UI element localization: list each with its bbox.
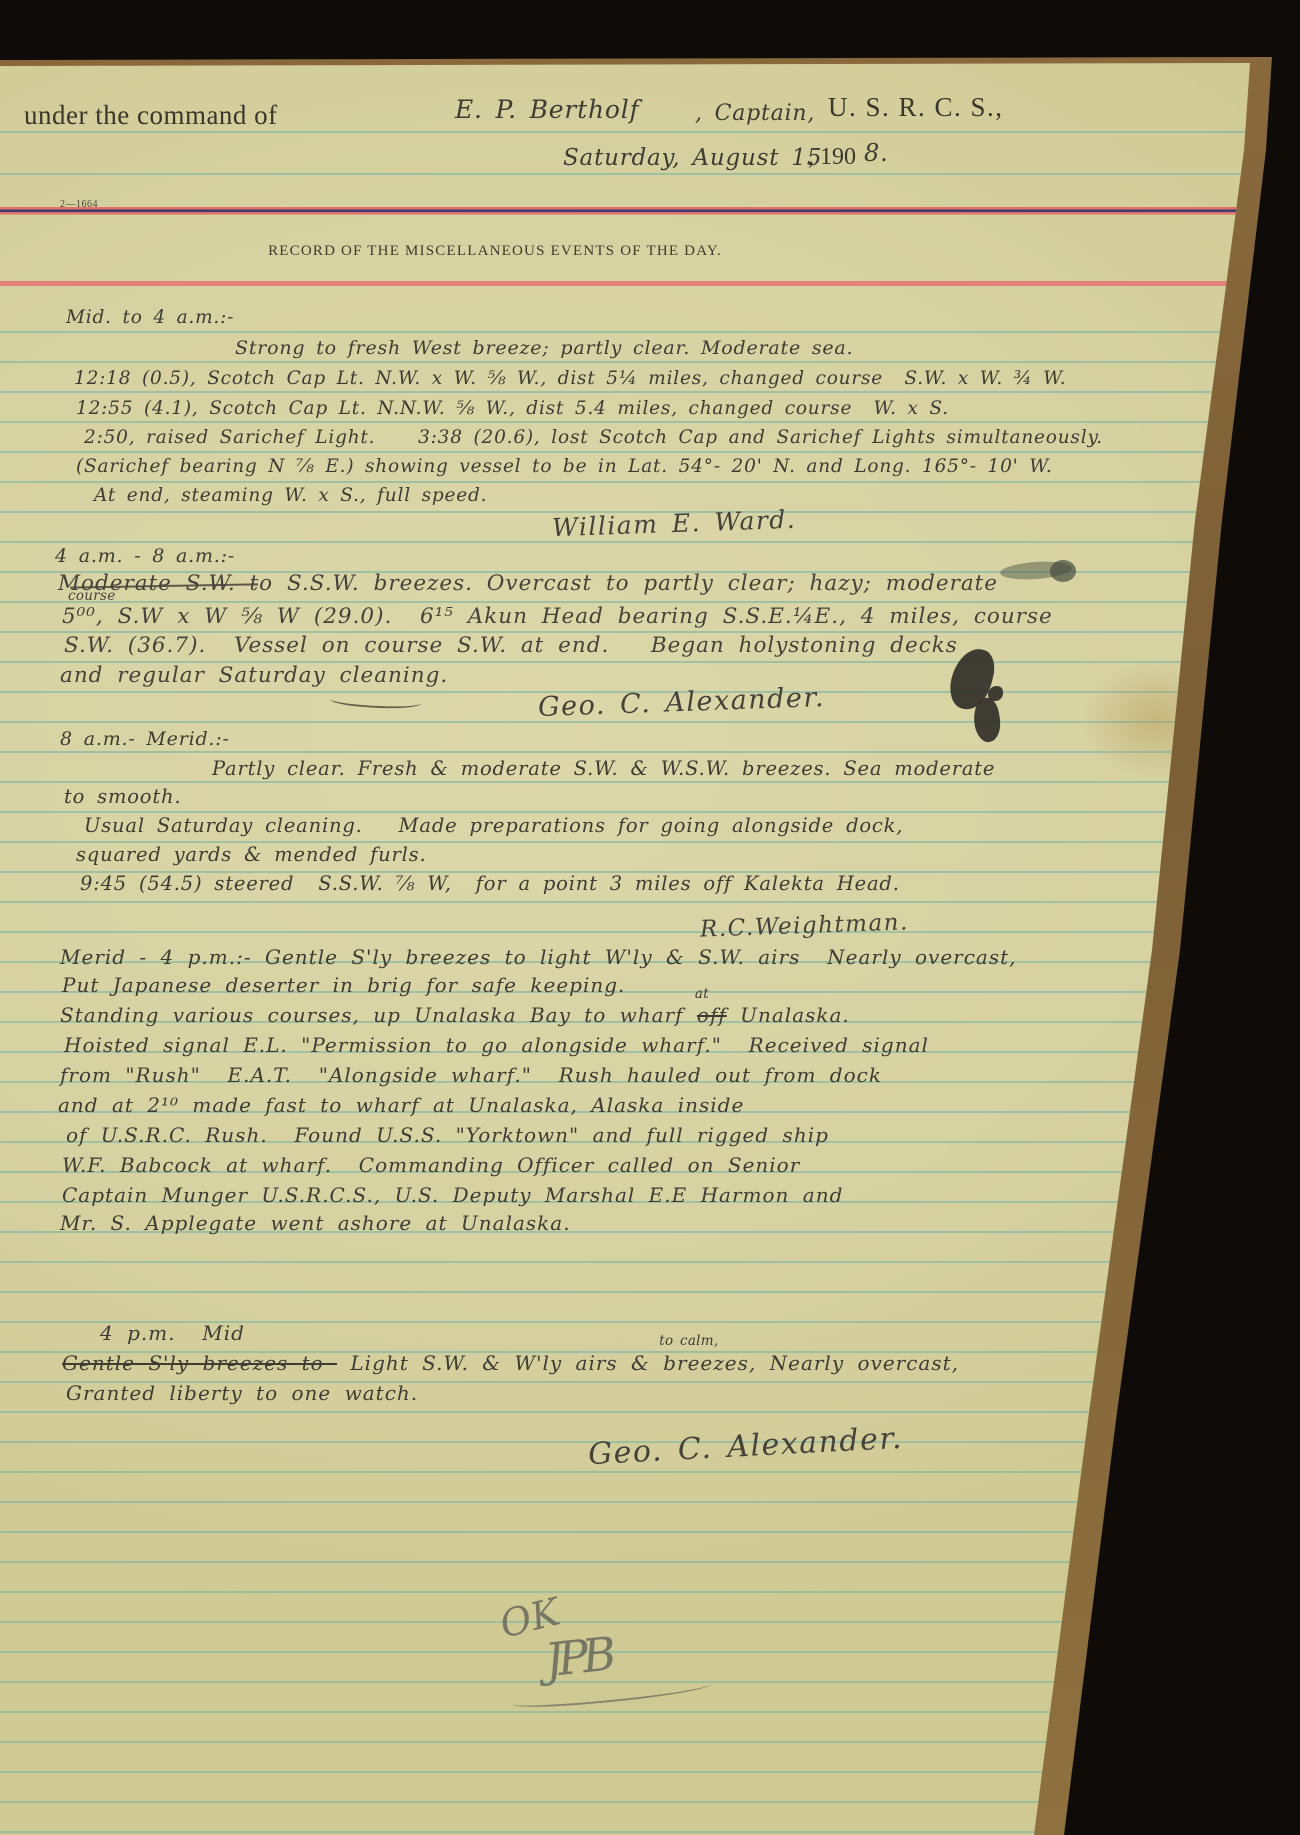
log-line: to smooth. <box>64 786 181 807</box>
log-line: 9:45 (54.5) steered S.S.W. ⅞ W, for a po… <box>80 873 900 894</box>
inserted-word: to calm, <box>659 1334 718 1349</box>
log-line: Captain Munger U.S.R.C.S., U.S. Deputy M… <box>62 1184 843 1206</box>
page-title: RECORD OF THE MISCELLANEOUS EVENTS OF TH… <box>30 243 960 260</box>
log-line: (Sarichef bearing N ⅞ E.) showing vessel… <box>76 457 1053 477</box>
log-line: of U.S.R.C. Rush. Found U.S.S. "Yorktown… <box>66 1124 829 1146</box>
log-line: Mr. S. Applegate went ashore at Unalaska… <box>60 1212 571 1234</box>
watch-label: Mid. to 4 a.m.:- <box>66 308 234 328</box>
log-line: from "Rush" E.A.T. "Alongside wharf." Ru… <box>60 1064 882 1086</box>
log-line: Merid - 4 p.m.:- Gentle S'ly breezes to … <box>60 946 1017 968</box>
pencil-initials: JPB <box>542 1627 612 1688</box>
log-line: S.W. (36.7). Vessel on course S.W. at en… <box>64 634 958 658</box>
service-name: U. S. R. C. S., <box>828 92 1004 123</box>
inserted-word: at <box>695 987 709 1002</box>
log-line: 12:18 (0.5), Scotch Cap Lt. N.W. x W. ⅝ … <box>74 369 1066 389</box>
red-blue-double-rule <box>0 206 1246 216</box>
log-line: squared yards & mended furls. <box>76 844 426 865</box>
log-line: Hoisted signal E.L. "Permission to go al… <box>64 1034 929 1056</box>
log-line: At end, steaming W. x S., full speed. <box>94 486 487 506</box>
watch-label: 4 a.m. - 8 a.m.:- <box>55 546 235 567</box>
command-prefix-label: under the command of <box>24 100 278 131</box>
log-line: Standing various courses, up Unalaska Ba… <box>60 1004 850 1026</box>
watch-label: 8 a.m.- Merid.:- <box>60 729 230 750</box>
paper-sheet: under the command of E. P. Bertholf , Ca… <box>0 0 1300 1835</box>
log-line: Gentle S'ly breezes to Light S.W. & W'ly… <box>62 1352 959 1374</box>
year-digit: 8. <box>864 140 889 166</box>
log-line: W.F. Babcock at wharf. Commanding Office… <box>62 1154 800 1176</box>
log-line: course5⁰⁰, S.W x W ⅝ W (29.0). 6¹⁵ Akun … <box>62 605 1053 629</box>
log-line: Put Japanese deserter in brig for safe k… <box>62 974 625 996</box>
struck-text: Gentle S'ly breezes to <box>62 1351 337 1375</box>
year-printed: , 190 <box>808 144 856 171</box>
commander-rank: , Captain, <box>695 102 815 126</box>
commander-name: E. P. Bertholf <box>455 96 640 124</box>
header-rule-line <box>0 131 1247 133</box>
log-date: Saturday, August 15 <box>563 146 822 171</box>
struck-word: atoff <box>697 1003 727 1027</box>
header-rule-line <box>0 173 1247 175</box>
paper-stain <box>1080 660 1230 780</box>
log-line: 12:55 (4.1), Scotch Cap Lt. N.N.W. ⅝ W.,… <box>76 399 949 419</box>
form-number: 2—1664 <box>60 199 98 210</box>
log-line: Partly clear. Fresh & moderate S.W. & W.… <box>212 758 995 779</box>
log-line: 2:50, raised Sarichef Light. 3:38 (20.6)… <box>84 428 1103 448</box>
log-line: and at 2¹⁰ made fast to wharf at Unalask… <box>58 1094 744 1116</box>
log-line: Granted liberty to one watch. <box>66 1382 418 1404</box>
logbook-page-scan: under the command of E. P. Bertholf , Ca… <box>0 0 1300 1835</box>
watch-label: 4 p.m. Mid <box>100 1322 245 1344</box>
log-line: Strong to fresh West breeze; partly clea… <box>235 338 853 359</box>
ink-smudge <box>1050 560 1076 582</box>
inserted-word: course <box>68 589 116 604</box>
red-rule <box>0 281 1246 286</box>
log-line: Usual Saturday cleaning. Made preparatio… <box>84 815 903 836</box>
log-line: and regular Saturday cleaning. <box>60 664 448 688</box>
